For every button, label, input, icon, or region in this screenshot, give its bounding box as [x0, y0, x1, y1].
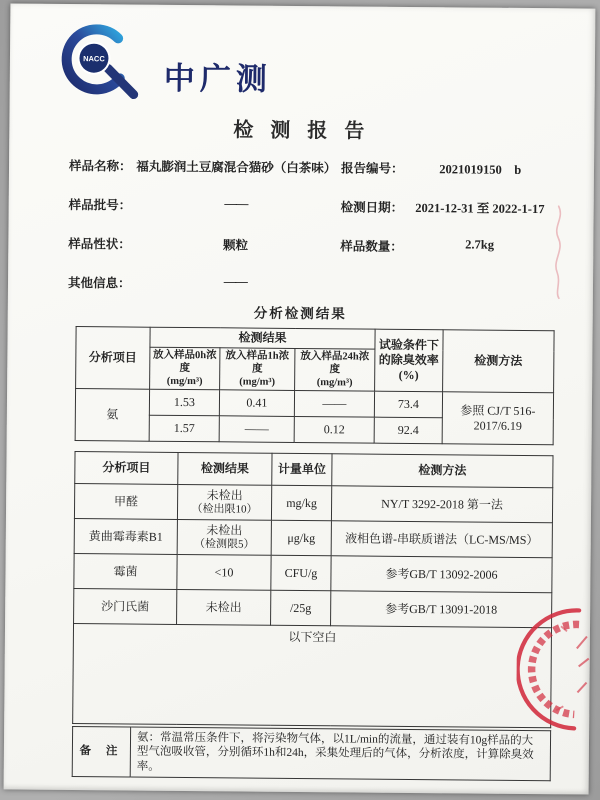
t1-r1-eff: 73.4	[374, 392, 442, 419]
t2-r1-unit: mg/kg	[271, 485, 331, 521]
blank-row: 以下空白	[73, 624, 552, 728]
quantity-label: 样品数量：	[340, 236, 403, 255]
t2-r2-unit: μg/kg	[271, 520, 331, 556]
report-no-label: 报告编号：	[341, 158, 404, 177]
info-row-quantity: 样品数量： 2.7kg	[340, 236, 556, 256]
quantity-value: 2.7kg	[403, 237, 557, 253]
report-page: NACC 中广测 检 测 报 告 样品名称： 福丸膨润土豆腐混合猫砂（白茶味） …	[4, 3, 596, 794]
t2-header-unit: 计量单位	[272, 453, 332, 486]
t2-r2-method: 液相色谱-串联质谱法（LC-MS/MS）	[331, 521, 552, 558]
test-date-label: 检测日期：	[341, 197, 404, 216]
t1-r1-1h: 0.41	[219, 390, 294, 417]
character-label: 样品性状：	[68, 234, 131, 253]
logo-badge-text: NACC	[83, 54, 105, 63]
remark-text: 氨：常温常压条件下，将污染物气体，以1L/min的流量，通过装有10g样品的大型…	[130, 727, 550, 781]
other-info-label: 其他信息：	[68, 273, 131, 292]
t2-header-method: 检测方法	[332, 454, 553, 488]
t1-r2-0h: 1.57	[149, 416, 219, 443]
t2-r1-item: 甲醛	[74, 484, 177, 520]
brand-name: 中广测	[164, 52, 272, 98]
t1-header-item: 分析项目	[76, 327, 151, 390]
remark-label: 备 注	[72, 727, 130, 778]
info-row-sample-name: 样品名称： 福丸膨润土豆腐混合猫砂（白茶味）	[69, 156, 341, 176]
t2-r3-item: 霉菌	[74, 554, 177, 590]
analysis-table: 分析项目 检测结果 计量单位 检测方法 甲醛 未检出（检出限10） mg/kg …	[72, 451, 553, 728]
t2-r3-result: <10	[177, 554, 271, 590]
t1-r1-0h: 1.53	[149, 390, 219, 417]
odor-test-table: 分析项目 检测结果 试验条件下 的除臭效率(%) 检测方法 放入样品0h浓度(m…	[75, 326, 555, 446]
cgt-logo-icon: NACC	[50, 24, 155, 109]
t2-r1-method: NY/T 3292-2018 第一法	[331, 486, 552, 523]
t2-header-item: 分析项目	[75, 452, 178, 485]
t1-r1-24h: ——	[294, 391, 374, 418]
info-row-report-no: 报告编号： 2021019150 b	[341, 158, 557, 178]
t2-r4-unit: /25g	[271, 590, 331, 626]
t1-method-value: 参照 CJ/T 516-2017/6.19	[442, 392, 553, 445]
t1-row-1: 氨 1.53 0.41 —— 73.4 参照 CJ/T 516-2017/6.1…	[75, 389, 553, 419]
t2-r4-method: 参考GB/T 13091-2018	[331, 591, 552, 628]
t2-r3-method: 参考GB/T 13092-2006	[331, 556, 552, 593]
t1-item-ammonia: 氨	[75, 389, 149, 442]
t1-header-method: 检测方法	[443, 330, 555, 393]
table-row: 霉菌 <10 CFU/g 参考GB/T 13092-2006	[74, 554, 552, 593]
t1-r2-eff: 92.4	[374, 418, 442, 445]
t2-header-result: 检测结果	[178, 452, 272, 485]
logo-block: NACC 中广测	[50, 24, 273, 110]
t1-header-efficiency: 试验条件下 的除臭效率(%)	[375, 329, 444, 392]
sample-name-value: 福丸膨润土豆腐混合猫砂（白茶味）	[131, 157, 341, 177]
t2-r2-result: 未检出（检测限5）	[177, 519, 271, 555]
batch-value: ——	[131, 196, 341, 213]
other-info-value: ——	[130, 274, 340, 291]
table-row: 黄曲霉毒素B1 未检出（检测限5） μg/kg 液相色谱-串联质谱法（LC-MS…	[74, 519, 552, 558]
character-value: 颗粒	[131, 235, 341, 255]
table-row: 沙门氏菌 未检出 /25g 参考GB/T 13091-2018	[74, 589, 552, 628]
t1-subheader-1h: 放入样品1h浓度(mg/m³)	[220, 348, 295, 391]
t1-header-results: 检测结果	[150, 327, 375, 349]
t1-r2-24h: 0.12	[294, 417, 374, 444]
t1-subheader-24h: 放入样品24h浓度(mg/m³)	[295, 348, 375, 391]
info-row-batch: 样品批号： ——	[69, 195, 341, 215]
report-no-value: 2021019150 b	[403, 159, 557, 178]
report-title: 检 测 报 告	[9, 111, 594, 145]
table-row: 甲醛 未检出（检出限10） mg/kg NY/T 3292-2018 第一法	[74, 484, 552, 523]
remark-box: 备 注 氨：常温常压条件下，将污染物气体，以1L/min的流量，通过装有10g样…	[72, 726, 551, 781]
blank-below-note: 以下空白	[73, 624, 552, 728]
t2-r4-item: 沙门氏菌	[74, 589, 177, 625]
info-row-character: 样品性状： 颗粒	[68, 234, 340, 254]
sample-name-label: 样品名称：	[69, 156, 132, 175]
t1-subheader-0h: 放入样品0h浓度(mg/m³)	[150, 347, 220, 390]
batch-label: 样品批号：	[69, 195, 132, 214]
t2-r3-unit: CFU/g	[271, 555, 331, 591]
sample-info: 样品名称： 福丸膨润土豆腐混合猫砂（白茶味） 样品批号： —— 样品性状： 颗粒…	[68, 156, 557, 316]
test-date-value: 2021-12-31 至 2022-1-17	[403, 198, 557, 217]
info-row-other: 其他信息： ——	[68, 273, 340, 293]
results-section-title: 分析检测结果	[8, 299, 593, 324]
t1-r2-1h: ——	[219, 416, 294, 443]
t2-r4-result: 未检出	[177, 589, 271, 625]
t2-r1-result: 未检出（检出限10）	[177, 484, 271, 520]
info-row-test-date: 检测日期： 2021-12-31 至 2022-1-17	[341, 197, 557, 217]
t2-r2-item: 黄曲霉毒素B1	[74, 519, 177, 555]
